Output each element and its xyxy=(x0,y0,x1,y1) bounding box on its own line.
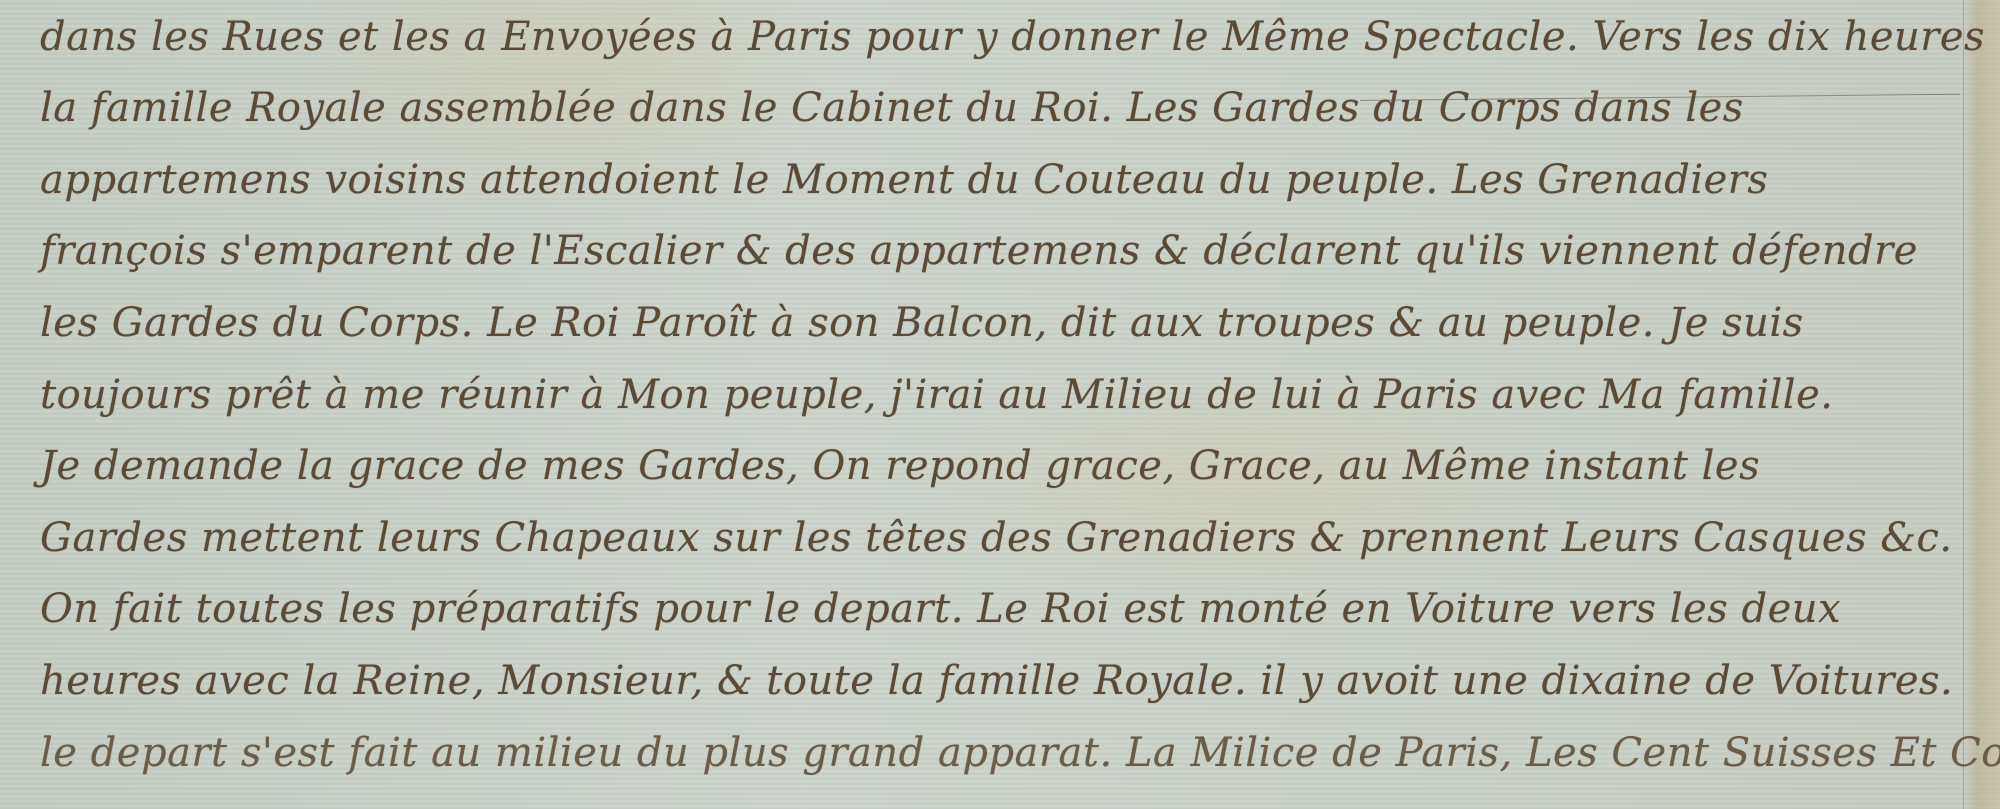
manuscript-line-6: toujours prêt à me réunir à Mon peuple, … xyxy=(40,372,1833,418)
manuscript-line-11: le depart s'est fait au milieu du plus g… xyxy=(40,730,2000,776)
manuscript-line-4: françois s'emparent de l'Escalier & des … xyxy=(40,228,1918,274)
manuscript-line-7: Je demande la grace de mes Gardes, On re… xyxy=(40,443,1760,489)
manuscript-line-1: dans les Rues et les a Envoyées à Paris … xyxy=(40,14,1985,60)
manuscript-line-5: les Gardes du Corps. Le Roi Paroît à son… xyxy=(40,300,1804,346)
manuscript-line-3: appartemens voisins attendoient le Momen… xyxy=(40,157,1768,203)
manuscript-line-2: la famille Royale assemblée dans le Cabi… xyxy=(40,85,1744,131)
manuscript-page: dans les Rues et les a Envoyées à Paris … xyxy=(0,0,2000,809)
manuscript-line-9: On fait toutes les préparatifs pour le d… xyxy=(40,586,1841,632)
paper-edge xyxy=(1963,0,2000,809)
manuscript-line-10: heures avec la Reine, Monsieur, & toute … xyxy=(40,658,1953,704)
manuscript-line-8: Gardes mettent leurs Chapeaux sur les tê… xyxy=(40,515,1953,561)
